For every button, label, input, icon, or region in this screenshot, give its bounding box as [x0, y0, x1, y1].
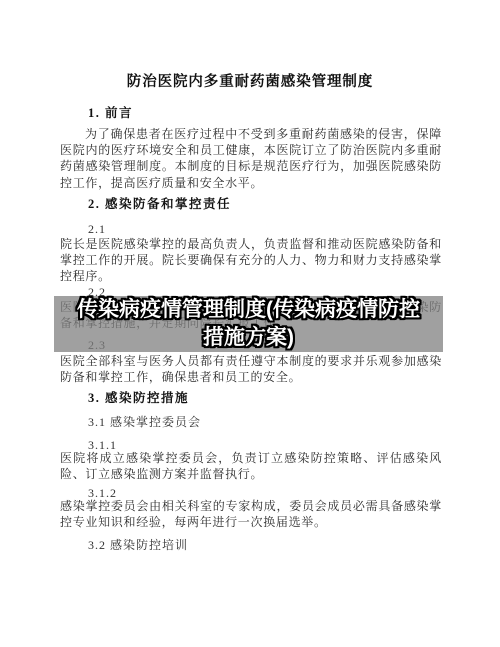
- paragraph-preface: 为了确保患者在医疗过程中不受到多重耐药菌感染的侵害，保障医院内的医疗环境安全和员…: [60, 126, 442, 191]
- paragraph-2-3: 医院全部科室与医务人员都有责任遵守本制度的要求并乐观参加感染防备和掌控工作，确保…: [60, 353, 442, 385]
- section-heading-measures: 3. 感染防控措施: [60, 390, 470, 406]
- paragraph-2-1: 院长是医院感染掌控的最高负责人，负责监督和推动医院感染防备和掌控工作的开展。院长…: [60, 236, 442, 285]
- subsection-3-1: 3.1 感染掌控委员会: [60, 414, 470, 430]
- overlay-title: 传染病疫情管理制度(传染病疫情防控 措施方案): [54, 296, 443, 352]
- section-heading-preface: 1. 前言: [60, 105, 470, 121]
- document-title: 防治医院内多重耐药菌感染管理制度: [0, 72, 500, 92]
- subsection-3-2: 3.2 感染防控培训: [60, 537, 470, 553]
- clause-number-2-1: 2.1: [60, 221, 470, 237]
- overlay-title-line2: 措施方案): [54, 324, 443, 352]
- document-page: 防治医院内多重耐药菌感染管理制度 1. 前言 为了确保患者在医疗过程中不受到多重…: [0, 0, 500, 647]
- overlay-title-line1: 传染病疫情管理制度(传染病疫情防控: [54, 296, 443, 324]
- paragraph-3-1-1: 医院将成立感染掌控委员会，负责订立感染防控策略、评估感染风险、订立感染监测方案并…: [60, 450, 442, 482]
- section-heading-responsibility: 2. 感染防备和掌控责任: [60, 196, 470, 212]
- paragraph-3-1-2: 感染掌控委员会由相关科室的专家构成，委员会成员必需具备感染掌控专业知识和经验，每…: [60, 498, 442, 530]
